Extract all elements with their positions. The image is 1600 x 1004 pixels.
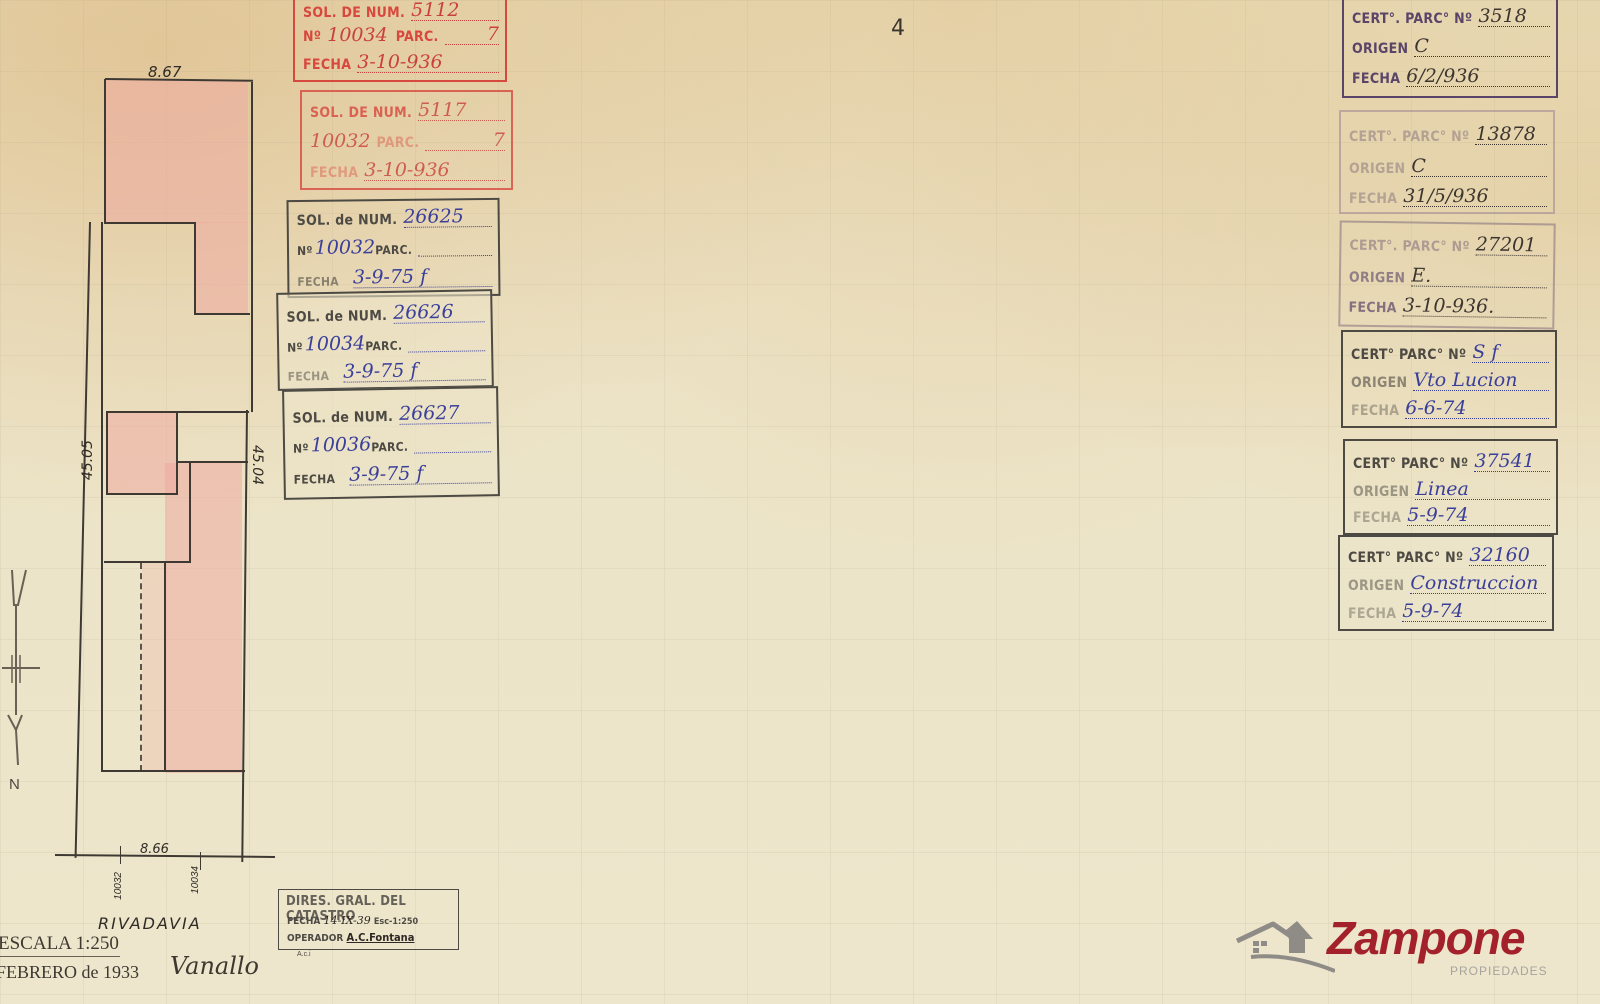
solicitud-stamp-red: SOL. DE NUM.5112 Nº10034PARC.7 FECHA3-10… bbox=[293, 0, 507, 82]
catastro-stamp: DIRES. GRAL. DEL CATASTRO FECHA 14-IX-39… bbox=[278, 889, 459, 950]
signature: Vanallo bbox=[170, 952, 259, 980]
bottom-width-label: 8.66 bbox=[140, 842, 169, 857]
solicitud-stamp: SOL. de NUM.26625 Nº10032PARC. FECHA3-9-… bbox=[286, 198, 500, 298]
parcel-number-right: 10034 bbox=[190, 866, 201, 894]
left-depth-label: 45.05 bbox=[80, 440, 96, 480]
solicitud-stamp: SOL. de NUM.26626 Nº10034PARC. FECHA3-9-… bbox=[276, 289, 494, 391]
brand-subtitle: PROPIEDADES bbox=[1450, 964, 1548, 978]
solicitud-stamp-red: SOL. DE NUM.5117 10032PARC.7 FECHA3-10-9… bbox=[300, 90, 513, 190]
dashed-division-line bbox=[140, 563, 142, 771]
catastro-initials: A.c.i bbox=[297, 951, 311, 958]
certificado-stamp: CERT° PARC° Nº37541 ORIGENLinea FECHA5-9… bbox=[1343, 439, 1558, 535]
north-label: N bbox=[9, 776, 20, 793]
house-icon bbox=[1235, 919, 1335, 974]
certificado-stamp: CERT°. PARC° Nº27201 ORIGENE. FECHA3-10-… bbox=[1338, 220, 1555, 329]
certificado-stamp: CERT°. PARC° Nº13878 ORIGENC FECHA31/5/9… bbox=[1339, 110, 1555, 214]
parcel-number-left: 10032 bbox=[113, 872, 124, 900]
certificado-stamp: CERT°. PARC° Nº3518 ORIGENC FECHA6/2/936 bbox=[1342, 0, 1558, 98]
date-line: FEBRERO de 1933 bbox=[0, 962, 139, 983]
brand-name: Zampone bbox=[1327, 911, 1524, 965]
built-area bbox=[106, 80, 248, 223]
scale-label: ESCALA 1:250 bbox=[0, 933, 119, 955]
certificado-stamp: CERT° PARC° Nº32160 ORIGENConstruccion F… bbox=[1338, 535, 1554, 631]
built-area bbox=[165, 463, 242, 773]
solicitud-stamp: SOL. de NUM.26627 Nº10036PARC. FECHA3-9-… bbox=[282, 386, 500, 500]
built-area bbox=[195, 222, 248, 315]
right-depth-label: 45.04 bbox=[249, 445, 265, 485]
top-width-label: 8.67 bbox=[148, 63, 181, 81]
page-number: 4 bbox=[891, 16, 905, 41]
built-area bbox=[142, 562, 165, 772]
street-name: RIVADAVIA bbox=[98, 914, 202, 933]
zampone-logo: Zampone PROPIEDADES bbox=[1235, 915, 1565, 995]
certificado-stamp: CERT° PARC° NºS f ORIGENVto Lucion FECHA… bbox=[1341, 330, 1557, 428]
